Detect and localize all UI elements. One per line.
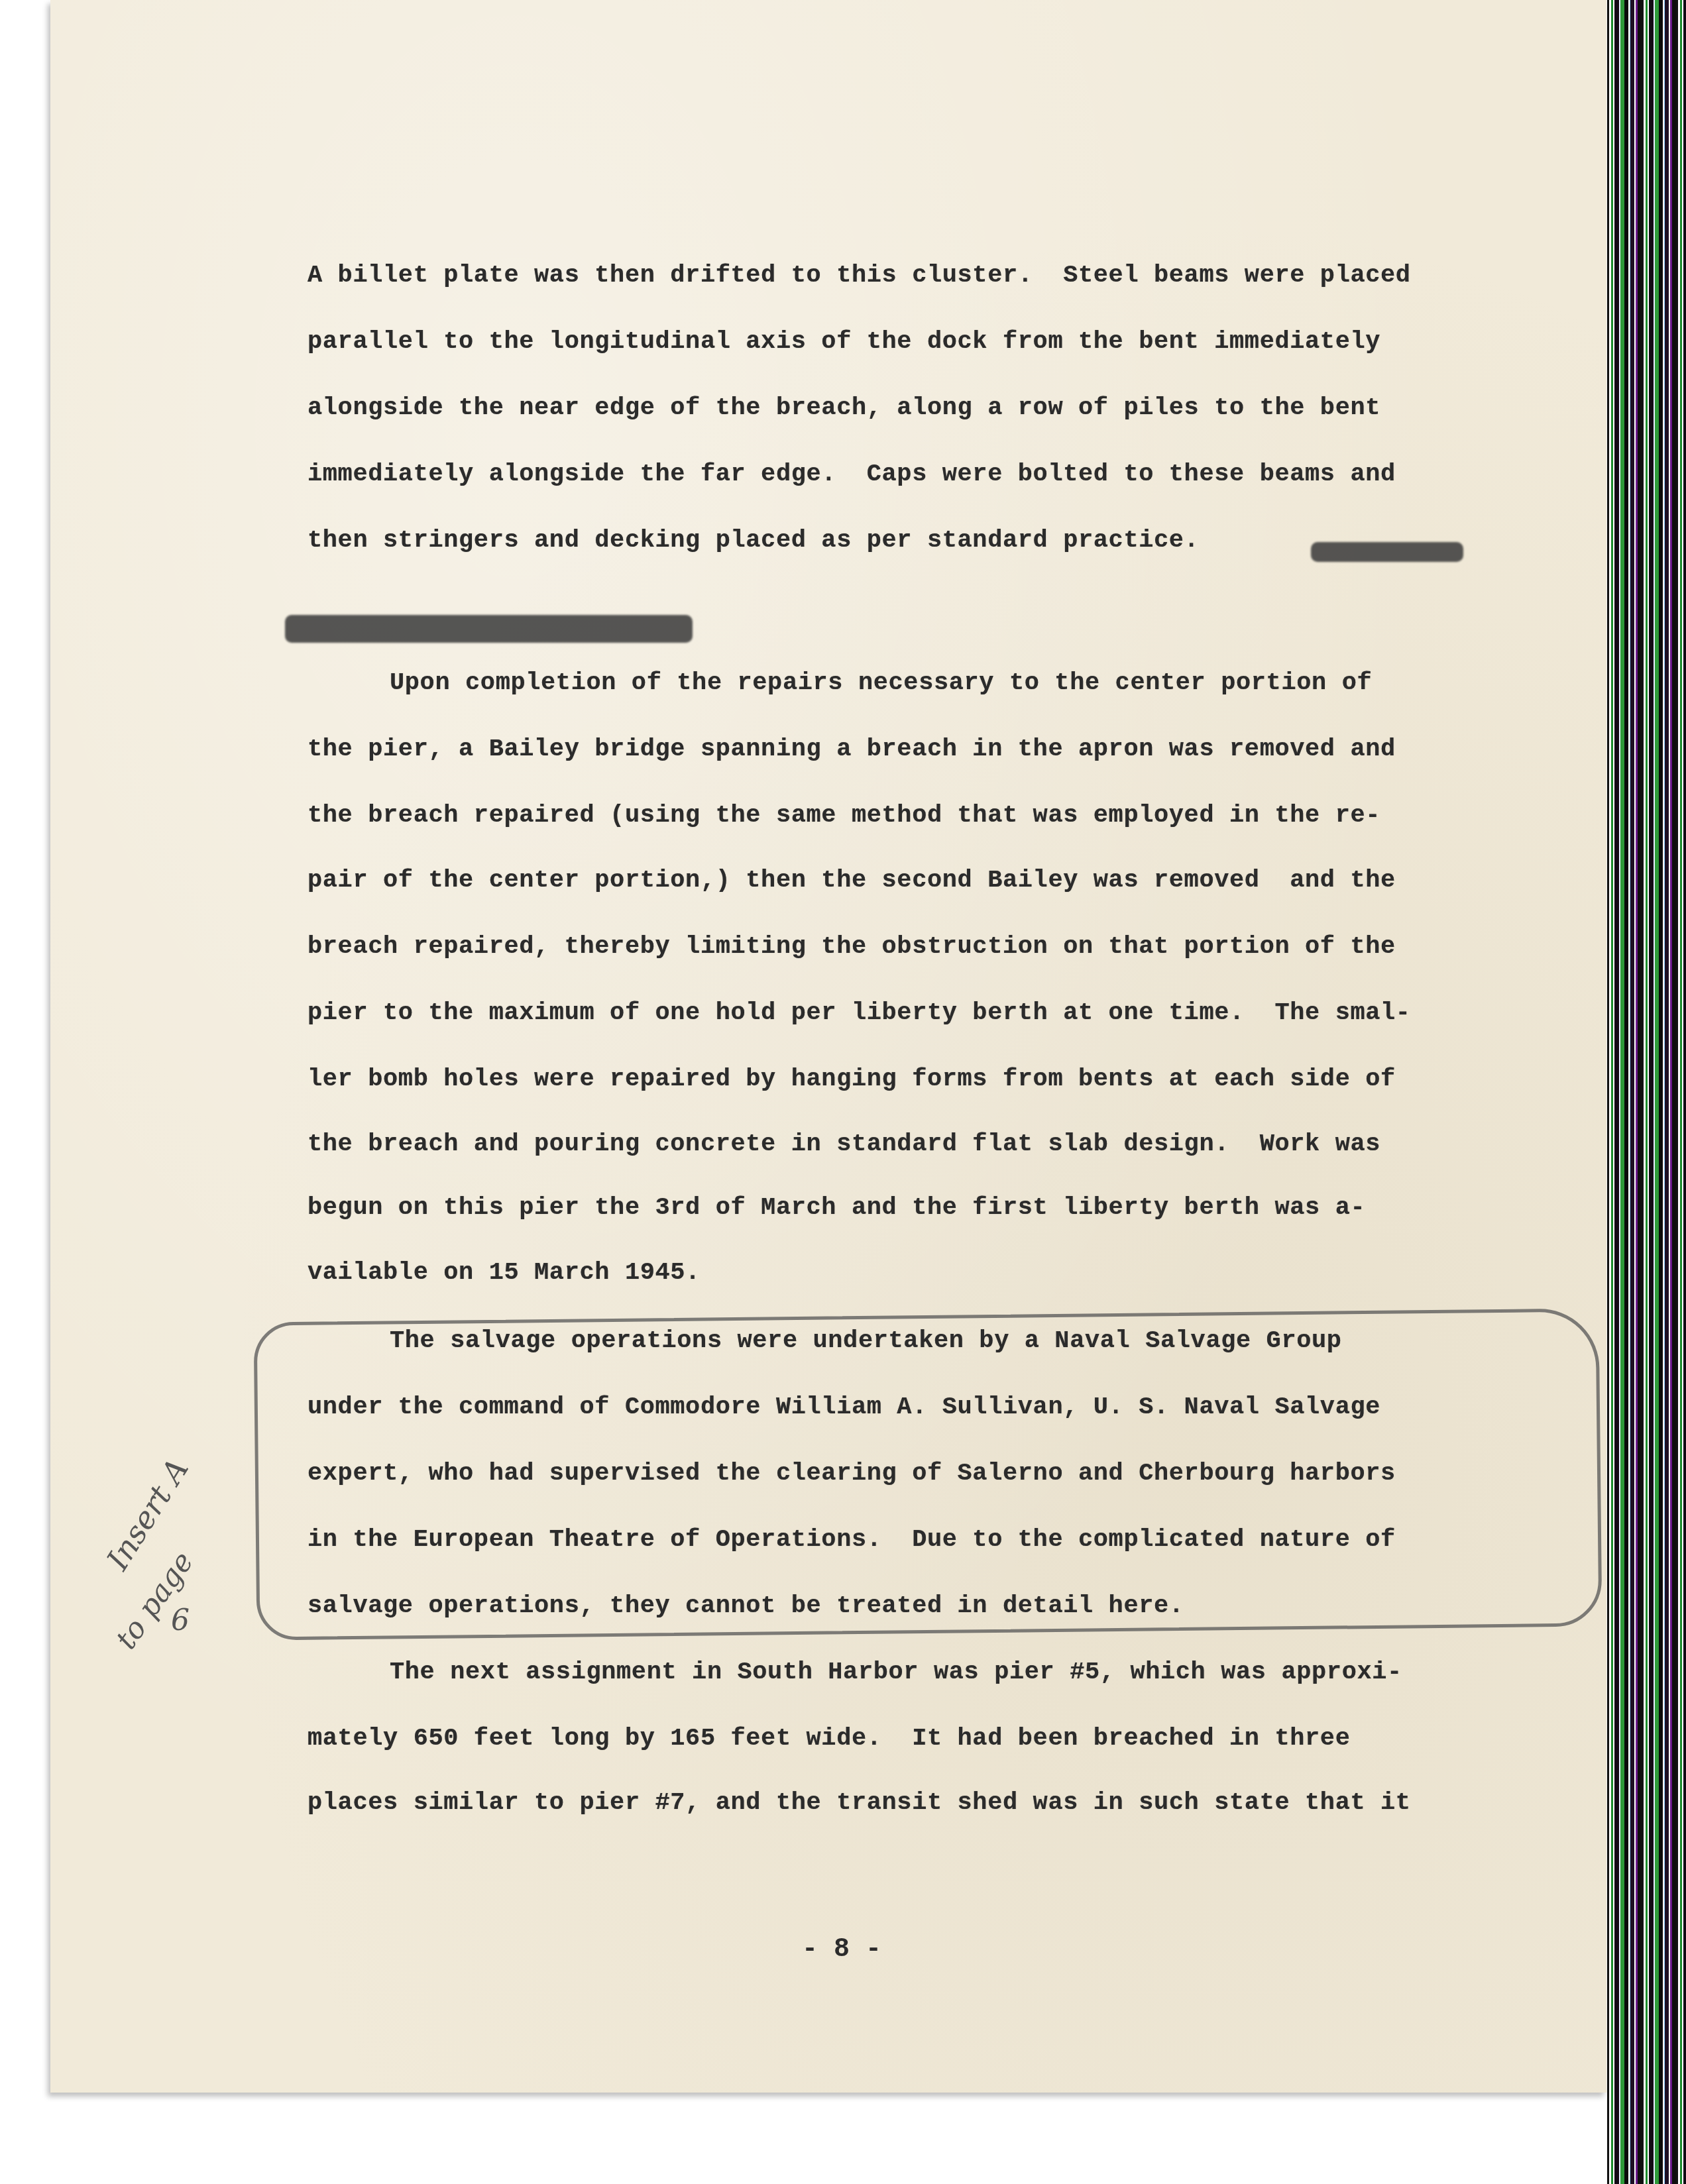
text-line: under the command of Commodore William A… <box>308 1393 1380 1421</box>
text-line: the breach and pouring concrete in stand… <box>308 1130 1380 1158</box>
text-line: pier to the maximum of one hold per libe… <box>308 999 1411 1027</box>
strikeout-mark <box>1311 542 1463 562</box>
text-line: breach repaired, thereby limiting the ob… <box>308 933 1396 961</box>
text-line: A billet plate was then drifted to this … <box>308 262 1411 290</box>
text-line: then stringers and decking placed as per… <box>308 527 1199 555</box>
text-line: ler bomb holes were repaired by hanging … <box>308 1065 1396 1093</box>
text-line: The next assignment in South Harbor was … <box>390 1659 1402 1686</box>
text-line: Upon completion of the repairs necessary… <box>390 669 1372 697</box>
text-line: the pier, a Bailey bridge spanning a bre… <box>308 736 1396 763</box>
text-line: vailable on 15 March 1945. <box>308 1259 701 1287</box>
text-line: pair of the center portion,) then the se… <box>308 867 1396 895</box>
text-line: The salvage operations were undertaken b… <box>390 1327 1342 1355</box>
paper-page <box>50 0 1606 2093</box>
strikeout-mark <box>285 615 693 643</box>
text-line: parallel to the longitudinal axis of the… <box>308 328 1380 356</box>
text-line: in the European Theatre of Operations. D… <box>308 1526 1396 1554</box>
scan-edge-stripes <box>1607 0 1686 2184</box>
margin-note-page-number: 6 <box>171 1604 190 1637</box>
text-line: places similar to pier #7, and the trans… <box>308 1789 1411 1817</box>
text-line: alongside the near edge of the breach, a… <box>308 394 1380 422</box>
text-line: mately 650 feet long by 165 feet wide. I… <box>308 1725 1350 1753</box>
page-number: - 8 - <box>802 1935 881 1965</box>
text-line: begun on this pier the 3rd of March and … <box>308 1194 1365 1222</box>
text-line: immediately alongside the far edge. Caps… <box>308 461 1396 488</box>
text-line: salvage operations, they cannot be treat… <box>308 1592 1184 1620</box>
text-line: the breach repaired (using the same meth… <box>308 802 1380 830</box>
text-line: expert, who had supervised the clearing … <box>308 1460 1396 1488</box>
